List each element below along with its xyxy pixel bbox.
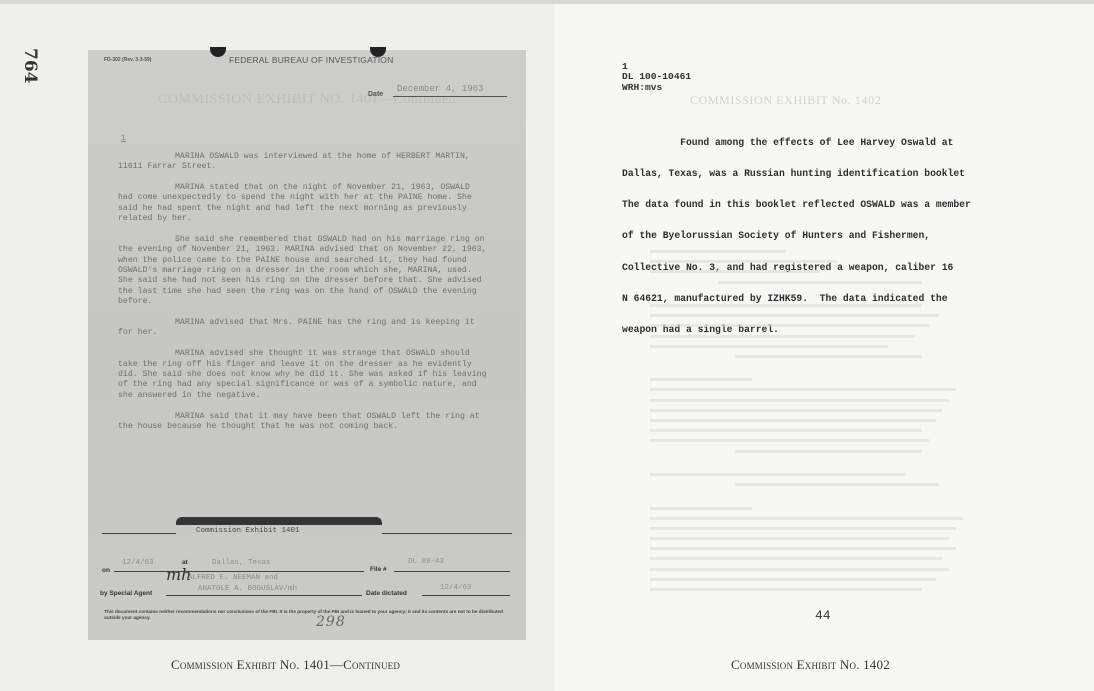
divider <box>382 533 512 534</box>
paragraph: MARINA advised that Mrs. PAINE has the r… <box>118 318 488 339</box>
agent-value-line1: ALFRED E. NEEMAN and <box>188 574 278 582</box>
punch-hole-icon <box>210 47 226 57</box>
handwritten-number: 298 <box>316 614 346 630</box>
book-spread: 764 FD-302 (Rev. 3-3-59) FEDERAL BUREAU … <box>0 0 1094 691</box>
agent-label: by Special Agent <box>100 590 152 597</box>
body-line: Dallas, Texas, was a Russian hunting ide… <box>622 169 1032 179</box>
divider <box>166 595 362 596</box>
right-caption: Commission Exhibit No. 1402 <box>731 657 890 673</box>
date-dictated-label: Date dictated <box>366 590 407 597</box>
paragraph: MARINA stated that on the night of Novem… <box>118 183 488 225</box>
body-line: Found among the effects of Lee Harvey Os… <box>622 138 1032 148</box>
header-initials: WRH:mvs <box>622 83 691 93</box>
divider <box>102 533 176 534</box>
fbi-disclaimer: This document contains neither recommend… <box>104 609 514 621</box>
exhibit-tab-bar <box>176 517 382 525</box>
ghost-heading: COMMISSION EXHIBIT No. 1402 <box>690 93 881 108</box>
paragraph: She said she remembered that OSWALD had … <box>118 235 488 308</box>
form-code: FD-302 (Rev. 3-3-59) <box>104 57 151 63</box>
file-label: File # <box>370 566 387 573</box>
on-label: on <box>102 567 110 574</box>
on-value: 12/4/63 <box>122 559 154 567</box>
paragraph: MARINA OSWALD was interviewed at the hom… <box>118 152 488 173</box>
date-label: Date <box>368 91 383 98</box>
form-agency-title: FEDERAL BUREAU OF INVESTIGATION <box>229 55 393 65</box>
document-header: 1 DL 100-10461 WRH:mvs <box>622 62 691 93</box>
body-line: The data found in this booklet reflected… <box>622 200 1032 210</box>
rotated-page-number: 764 <box>20 48 40 84</box>
paragraph: MARINA advised she thought it was strang… <box>118 349 488 401</box>
bleed-through-text <box>650 250 990 580</box>
page-number: 44 <box>815 608 831 623</box>
divider <box>394 571 510 572</box>
date-value: December 4, 1963 <box>393 84 507 97</box>
fbi-form-photo: FD-302 (Rev. 3-3-59) FEDERAL BUREAU OF I… <box>88 50 526 640</box>
interview-text: MARINA OSWALD was interviewed at the hom… <box>118 152 488 443</box>
left-caption: Commission Exhibit No. 1401—Continued <box>171 657 400 673</box>
divider <box>422 595 510 596</box>
divider <box>114 571 364 572</box>
date-dictated-value: 12/4/63 <box>440 584 472 592</box>
exhibit-stamp: Commission Exhibit 1401 <box>196 527 300 535</box>
paragraph: MARINA said that it may have been that O… <box>118 412 488 433</box>
body-line: of the Byelorussian Society of Hunters a… <box>622 231 1032 241</box>
file-value: DL 89-43 <box>408 558 444 566</box>
at-value: Dallas, Texas <box>212 559 271 567</box>
page-marker: 1 <box>121 134 126 143</box>
page-top-edge <box>0 0 1094 4</box>
agent-value-line2: ANATOLE A. BOGUSLAV/mh <box>198 585 297 593</box>
